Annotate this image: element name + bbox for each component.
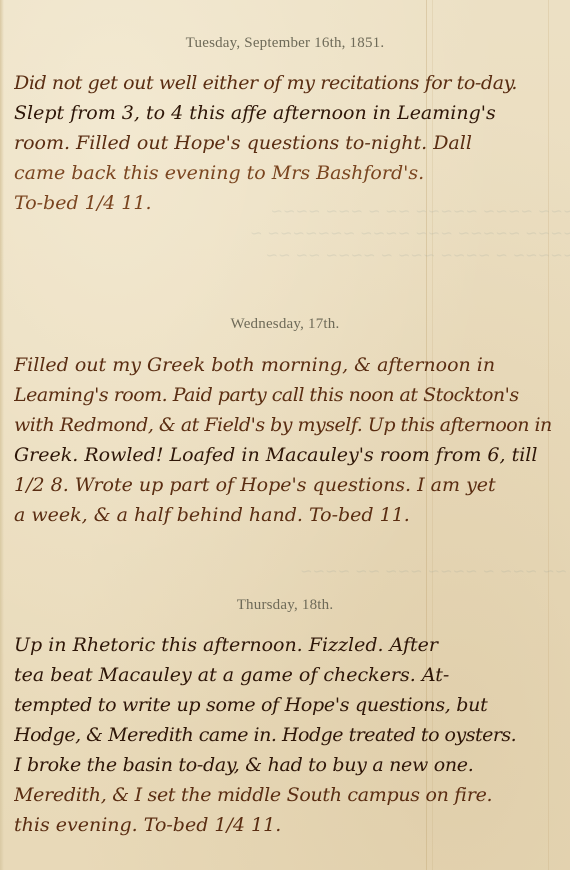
- entry-line: Filled out my Greek both morning, & afte…: [14, 350, 566, 380]
- entry-line: I broke the basin to-day, & had to buy a…: [14, 750, 566, 780]
- entry-line: Leaming's room. Paid party call this noo…: [14, 380, 566, 410]
- entry-line: this evening. To-bed 1/4 11.: [14, 810, 566, 840]
- entry-line: Hodge, & Meredith came in. Hodge treated…: [14, 720, 566, 750]
- entry-date-heading: Wednesday, 17th.: [0, 316, 570, 333]
- entry-line: tea beat Macauley at a game of checkers.…: [14, 660, 566, 690]
- entry-line: To-bed 1/4 11.: [14, 188, 566, 218]
- entry-line: came back this evening to Mrs Bashford's…: [14, 158, 566, 188]
- bleed-through: ~~ ~~~ ~ ~~~~ ~~~ ~~ ~~~~: [300, 560, 567, 582]
- entry-line: Did not get out well either of my recita…: [14, 68, 566, 98]
- entry-line: tempted to write up some of Hope's quest…: [14, 690, 566, 720]
- entry-line: Greek. Rowled! Loafed in Macauley's room…: [14, 440, 566, 470]
- entry-date-heading: Thursday, 18th.: [0, 597, 570, 614]
- entry-line: with Redmond, & at Field's by myself. Up…: [14, 410, 566, 440]
- page-edge: [0, 0, 4, 870]
- entry-line: 1/2 8. Wrote up part of Hope's questions…: [14, 470, 566, 500]
- entry-line: room. Filled out Hope's questions to-nig…: [14, 128, 566, 158]
- entry-line: Up in Rhetoric this afternoon. Fizzled. …: [14, 630, 566, 660]
- entry-line: Slept from 3, to 4 this affe afternoon i…: [14, 98, 566, 128]
- diary-page: ~~~ ~~~~ ~~~~~ ~~ ~ ~~~ ~~~~ ~~~~ ~~~~~ …: [0, 0, 570, 870]
- diary-entry: Up in Rhetoric this afternoon. Fizzled. …: [14, 630, 566, 840]
- entry-line: a week, & a half behind hand. To-bed 11.: [14, 500, 566, 530]
- entry-date-heading: Tuesday, September 16th, 1851.: [0, 35, 570, 52]
- diary-entry: Did not get out well either of my recita…: [14, 68, 566, 218]
- diary-entry: Filled out my Greek both morning, & afte…: [14, 350, 566, 530]
- entry-line: Meredith, & I set the middle South campu…: [14, 780, 566, 810]
